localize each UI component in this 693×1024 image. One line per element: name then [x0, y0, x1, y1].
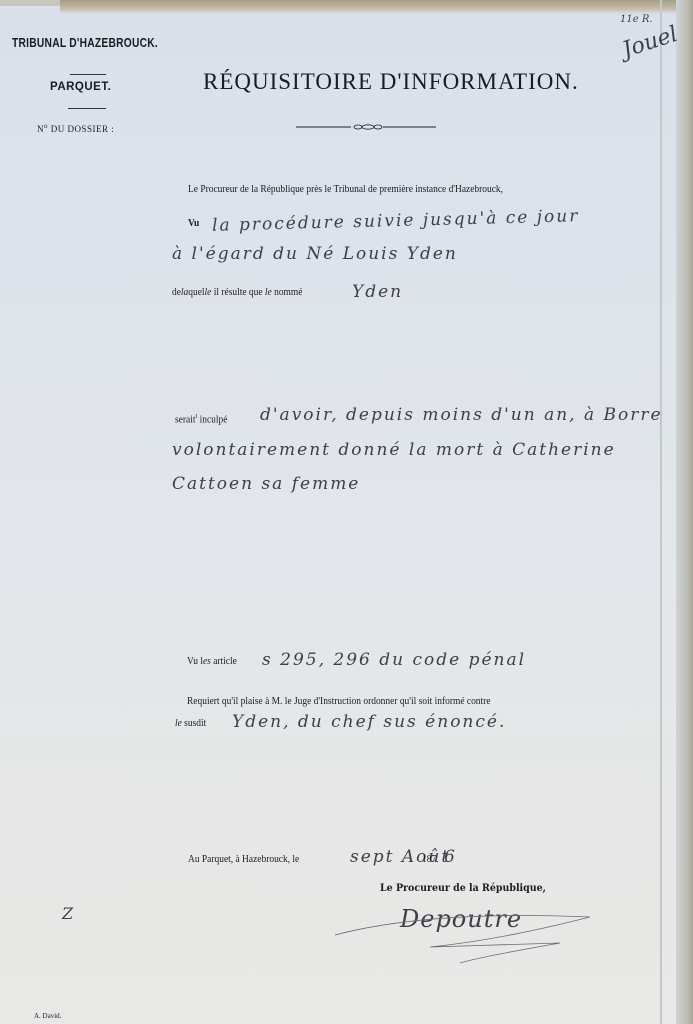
- articles-label: Vu les article: [187, 656, 237, 667]
- printer-name: A. David.: [34, 1012, 61, 1020]
- ornament-divider: [296, 124, 436, 130]
- handwritten-charge-line-1: d'avoir, depuis moins d'un an, à Borre: [260, 405, 663, 425]
- handwritten-charge-line-2: volontairement donné la mort à Catherine: [172, 440, 616, 460]
- place-date-label: Au Parquet, à Hazebrouck, le: [188, 854, 299, 865]
- year-printed: 187: [422, 854, 436, 865]
- handwritten-articles: s 295, 296 du code pénal: [262, 650, 526, 670]
- office-name: PARQUET.: [50, 81, 111, 93]
- paper-fold-line: [660, 0, 662, 1024]
- handwritten-charge-line-3: Cattoen sa femme: [172, 474, 360, 494]
- requisition-text: Requiert qu'il plaise à M. le Juge d'Ins…: [187, 696, 491, 707]
- divider: [68, 108, 106, 109]
- handwritten-year: 6: [444, 847, 457, 867]
- court-name: TRIBUNAL D'HAZEBROUCK.: [12, 36, 158, 50]
- document-title: RÉQUISITOIRE D'INFORMATION.: [203, 69, 579, 95]
- handwritten-initial: Z: [62, 904, 75, 923]
- signature-flourish: [330, 905, 620, 965]
- handwritten-subject: à l'égard du Né Louis Yden: [172, 244, 458, 264]
- vu-label: Vu: [188, 218, 199, 229]
- dossier-number-label: No DU DOSSIER :: [37, 122, 114, 134]
- divider: [70, 74, 106, 75]
- handwritten-accused-name: Yden: [352, 282, 403, 302]
- result-line: delaquelle il résulte que le nommé: [172, 287, 302, 298]
- folder-edge: [676, 0, 693, 1024]
- intro-text: Le Procureur de la République près le Tr…: [188, 184, 503, 195]
- handwritten-susdit: Yden, du chef sus énoncé.: [232, 712, 506, 732]
- document-page: [0, 6, 676, 1024]
- charge-label: seraitt inculpé: [175, 412, 227, 426]
- signatory-title: Le Procureur de la République,: [380, 882, 546, 894]
- corner-note-number: 11e R.: [620, 14, 653, 25]
- susdit-label: le susdit: [175, 718, 206, 729]
- paper-top-edge: [60, 0, 693, 14]
